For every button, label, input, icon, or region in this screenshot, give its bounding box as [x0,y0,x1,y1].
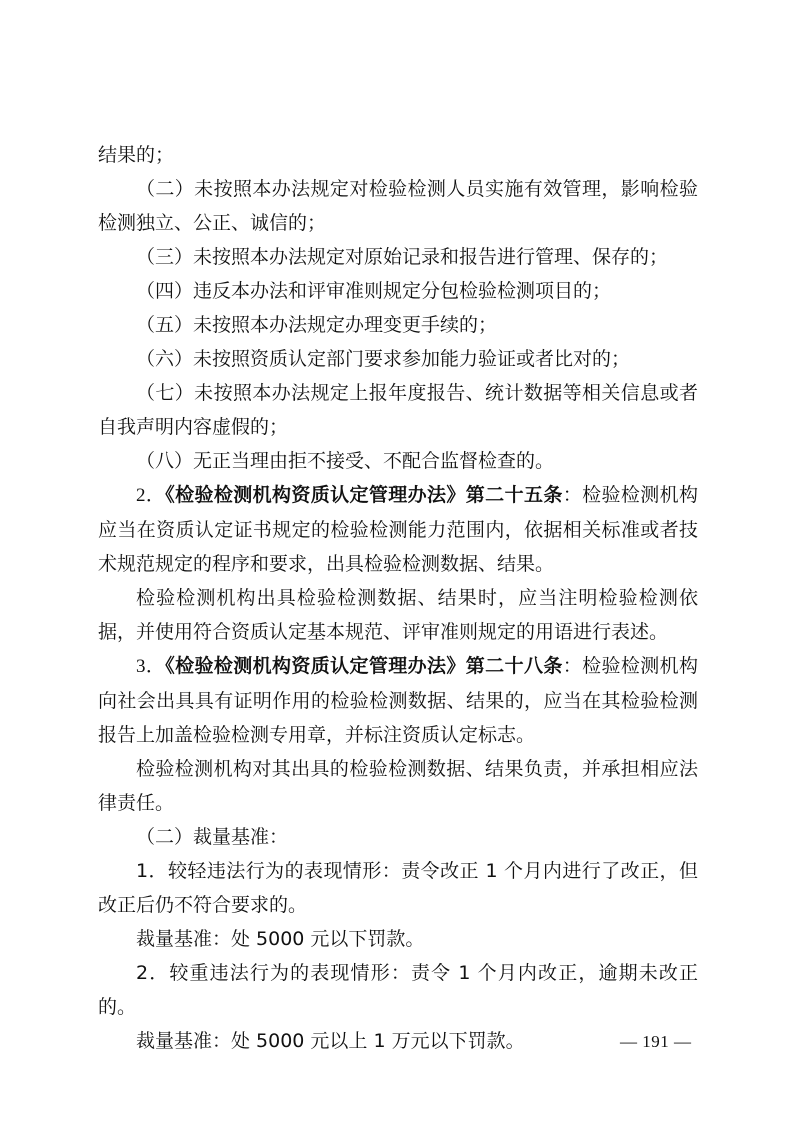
criteria-heading: （二）裁量基准： [98,820,698,854]
paragraph-item-5: （五）未按照本办法规定办理变更手续的； [98,308,698,342]
criteria-serious-penalty: 裁量基准：处 5000 元以上 1 万元以下罚款。 [98,1024,698,1058]
criteria-minor-penalty: 裁量基准：处 5000 元以下罚款。 [98,922,698,956]
article-25-title: 《检验检测机构资质认定管理办法》第二十五条 [165,484,562,506]
article-25-paragraph: 2．《检验检测机构资质认定管理办法》第二十五条：检验检测机构应当在资质认定证书规… [98,478,698,581]
paragraph-item-2: （二）未按照本办法规定对检验检测人员实施有效管理，影响检验检测独立、公正、诚信的… [98,172,698,240]
paragraph-item-8: （八）无正当理由拒不接受、不配合监督检查的。 [98,444,698,478]
paragraph-continuation: 结果的； [98,138,698,172]
article-25-extra: 检验检测机构出具检验检测数据、结果时，应当注明检验检测依据，并使用符合资质认定基… [98,581,698,649]
criteria-serious-case: 2．较重违法行为的表现情形：责令 1 个月内改正，逾期未改正的。 [98,956,698,1024]
article-28-title: 《检验检测机构资质认定管理办法》第二十八条 [165,655,562,677]
article-28-number: 3． [136,656,165,677]
article-28-paragraph: 3．《检验检测机构资质认定管理办法》第二十八条：检验检测机构向社会出具具有证明作… [98,649,698,752]
paragraph-item-7: （七）未按照本办法规定上报年度报告、统计数据等相关信息或者自我声明内容虚假的； [98,376,698,444]
paragraph-item-3: （三）未按照本办法规定对原始记录和报告进行管理、保存的； [98,240,698,274]
document-body: 结果的； （二）未按照本办法规定对检验检测人员实施有效管理，影响检验检测独立、公… [98,138,698,1058]
paragraph-item-4: （四）违反本办法和评审准则规定分包检验检测项目的； [98,274,698,308]
criteria-minor-case: 1．较轻违法行为的表现情形：责令改正 1 个月内进行了改正，但改正后仍不符合要求… [98,854,698,922]
article-28-extra: 检验检测机构对其出具的检验检测数据、结果负责，并承担相应法律责任。 [98,752,698,820]
article-25-number: 2． [136,485,165,506]
paragraph-item-6: （六）未按照资质认定部门要求参加能力验证或者比对的； [98,342,698,376]
page-number: — 191 — [620,1032,692,1052]
